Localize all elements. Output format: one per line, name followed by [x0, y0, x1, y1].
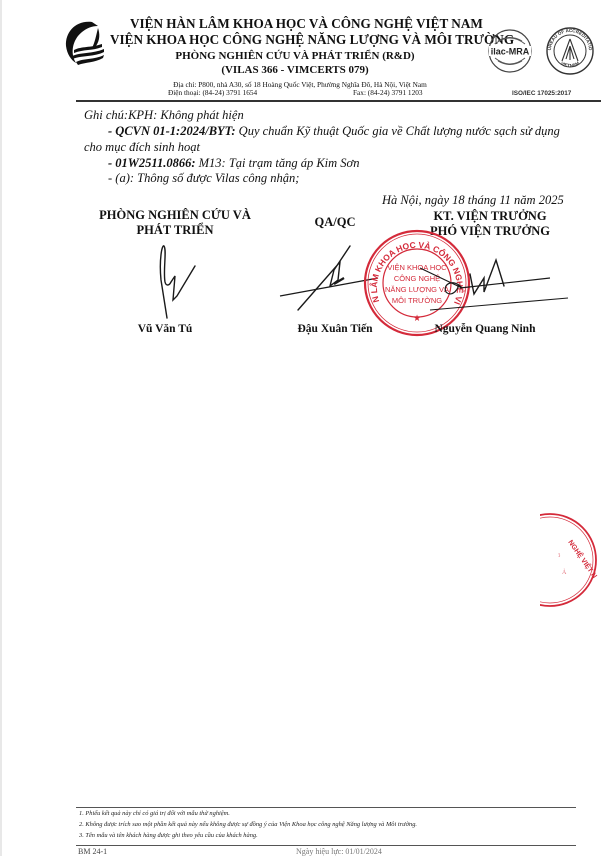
page-edge: [0, 0, 2, 856]
note-item-sample-text: M13: Tại trạm tăng áp Kim Sơn: [196, 156, 360, 170]
note-item-qcvn-code: - QCVN 01-1:2024/BYT:: [108, 124, 236, 138]
bureau-of-accreditation-logo-icon: BUREAU OF ACCREDITATION VIETNAM: [545, 26, 595, 76]
signature-title-rd-line1: PHÒNG NGHIÊN CỨU VÀ: [90, 208, 260, 223]
signatory-name-vu-van-tu: Vũ Văn Tú: [110, 323, 220, 335]
signature-title-director-line1: KT. VIỆN TRƯỞNG: [415, 209, 565, 224]
signature-nguyen-quang-ninh: [400, 250, 570, 320]
svg-text:VIETNAM: VIETNAM: [560, 60, 580, 68]
form-code: BM 24-1: [78, 847, 107, 856]
footer-divider: [76, 807, 576, 808]
svg-text:ilac-MRA: ilac-MRA: [491, 47, 530, 57]
footer-note-2: 2. Không được trích sao một phần kết quả…: [79, 821, 417, 828]
header-academy-name: VIỆN HÀN LÂM KHOA HỌC VÀ CÔNG NGHỆ VIỆT …: [130, 16, 460, 32]
note-item-qcvn: - QCVN 01-1:2024/BYT: Quy chuẩn Kỹ thuật…: [108, 124, 560, 139]
footer-note-3: 3. Tên mẫu và tên khách hàng được ghi th…: [79, 832, 258, 839]
svg-text:ʒ: ʒ: [558, 553, 561, 558]
header-divider: [76, 100, 601, 102]
signature-title-rd-line2: PHÁT TRIỂN: [90, 223, 260, 238]
partial-edge-seal: NGHỆ VIỆT N ʒ Ả: [540, 512, 607, 607]
header-fax: Fax: (84-24) 3791 1203: [353, 88, 423, 97]
header-institute-name: VIỆN KHOA HỌC CÔNG NGHỆ NĂNG LƯỢNG VÀ MÔ…: [110, 32, 480, 48]
note-item-qcvn-text: Quy chuẩn Kỹ thuật Quốc gia về Chất lượn…: [236, 124, 560, 138]
footer-note-1: 1. Phiếu kết quả này chỉ có giá trị đối …: [79, 810, 230, 817]
signature-title-qaqc: QA/QC: [300, 215, 370, 230]
iso-standard-label: ISO/IEC 17025:2017: [512, 90, 571, 97]
header-accreditation: (VILAS 366 - VIMCERTS 079): [150, 64, 440, 76]
svg-text:NGHỆ VIỆT N: NGHỆ VIỆT N: [566, 538, 599, 580]
svg-text:Ả: Ả: [562, 568, 567, 576]
header-phone: Điện thoại: (84-24) 3791 1654: [168, 88, 257, 97]
signature-vu-van-tu: [135, 240, 215, 320]
notes-title: Ghi chú:KPH: Không phát hiện: [84, 108, 244, 123]
ilac-mra-logo-icon: ilac-MRA: [487, 28, 533, 74]
institute-logo-icon: [62, 18, 112, 68]
footer-bottom-divider: [76, 845, 576, 846]
signatory-name-dau-xuan-tien: Đậu Xuân Tiến: [280, 323, 390, 335]
effective-date: Ngày hiệu lực: 01/01/2024: [296, 847, 382, 856]
note-item-sample-code: - 01W2511.0866:: [108, 156, 196, 170]
signatory-name-nguyen-quang-ninh: Nguyễn Quang Ninh: [420, 323, 550, 335]
note-item-qcvn-continued: cho mục đích sinh hoạt: [84, 140, 200, 155]
header-department: PHÒNG NGHIÊN CỨU VÀ PHÁT TRIỂN (R&D): [150, 50, 440, 62]
note-item-sample: - 01W2511.0866: M13: Tại trạm tăng áp Ki…: [108, 156, 359, 171]
note-item-vilas: - (a): Thông số được Vilas công nhận;: [108, 171, 299, 186]
document-date: Hà Nội, ngày 18 tháng 11 năm 2025: [382, 193, 564, 208]
